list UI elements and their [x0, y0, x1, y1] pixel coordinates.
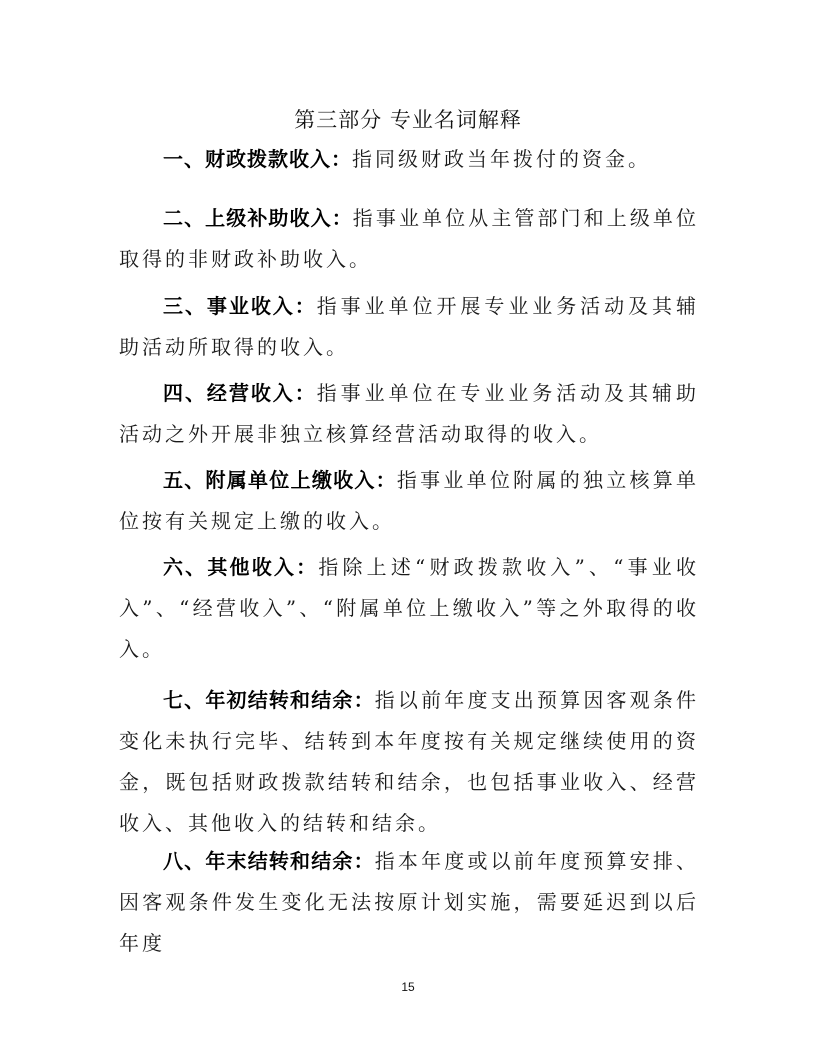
definition-term: 六、其他收入： — [163, 555, 318, 579]
document-page: 第三部分 专业名词解释 一、财政拨款收入：指同级财政当年拨付的资金。 二、上级补… — [0, 0, 816, 1056]
definition-3: 三、事业收入：指事业单位开展专业业务活动及其辅助活动所取得的收入。 — [119, 286, 699, 368]
definition-4: 四、经营收入：指事业单位在专业业务活动及其辅助活动之外开展非独立核算经营活动取得… — [119, 373, 699, 455]
definition-term: 七、年初结转和结余： — [163, 688, 375, 712]
definition-7: 七、年初结转和结余：指以前年度支出预算因客观条件变化未执行完毕、结转到本年度按有… — [119, 680, 699, 844]
page-number: 15 — [0, 980, 816, 994]
definition-term: 一、财政拨款收入： — [163, 147, 352, 171]
definition-text: 指同级财政当年拨付的资金。 — [352, 147, 651, 171]
definition-6: 六、其他收入：指除上述“财政拨款收入”、“事业收入”、“经营收入”、“附属单位上… — [119, 547, 699, 670]
definition-5: 五、附属单位上缴收入：指事业单位附属的独立核算单位按有关规定上缴的收入。 — [119, 460, 699, 542]
definition-1: 一、财政拨款收入：指同级财政当年拨付的资金。 — [119, 139, 699, 180]
definition-term: 三、事业收入： — [163, 294, 317, 318]
section-title: 第三部分 专业名词解释 — [0, 104, 816, 134]
definition-term: 八、年末结转和结余： — [163, 849, 375, 873]
definition-term: 五、附属单位上缴收入： — [163, 468, 397, 492]
definition-8: 八、年末结转和结余：指本年度或以前年度预算安排、因客观条件发生变化无法按原计划实… — [119, 841, 699, 964]
definition-term: 四、经营收入： — [163, 381, 317, 405]
definition-2: 二、上级补助收入：指事业单位从主管部门和上级单位取得的非财政补助收入。 — [119, 198, 699, 280]
definition-term: 二、上级补助收入： — [163, 206, 353, 230]
